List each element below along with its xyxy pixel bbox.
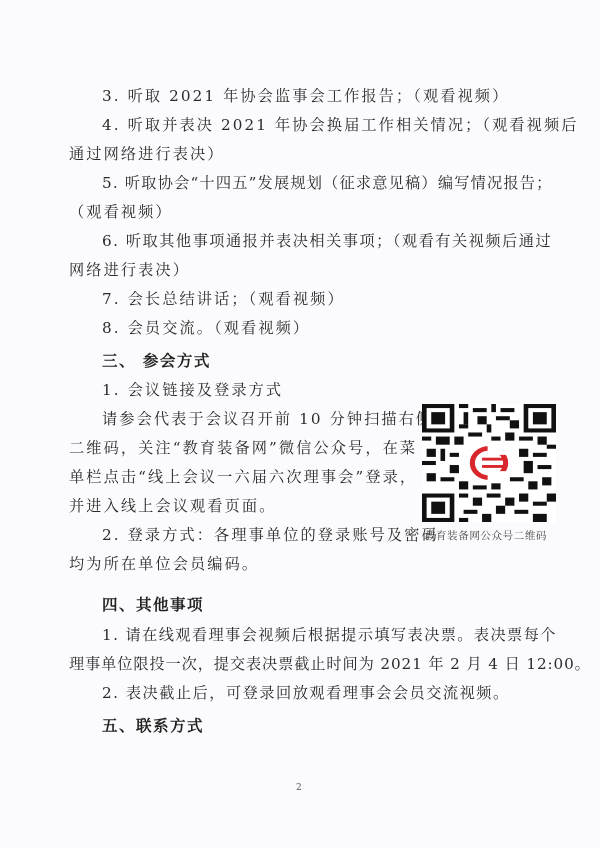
agenda-item-7: 7. 会长总结讲话；（观看视频） bbox=[102, 289, 345, 309]
qr-caption: 教育装备网公众号二维码 bbox=[414, 528, 558, 543]
agenda-item-8: 8. 会员交流。（观看视频） bbox=[102, 318, 310, 338]
qr-code-block: 教育装备网公众号二维码 bbox=[420, 404, 558, 543]
agenda-item-6: 6. 听取其他事项通报并表决相关事项；（观看有关视频后通过 bbox=[102, 231, 552, 251]
agenda-item-6-cont: 网络进行表决） bbox=[69, 260, 190, 280]
agenda-item-4: 4. 听取并表决 2021 年协会换届工作相关情况；（观看视频后 bbox=[102, 115, 579, 135]
agenda-item-3: 3. 听取 2021 年协会监事会工作报告；（观看视频） bbox=[102, 86, 509, 106]
section-3-item-1-line-2: 二维码，关注“教育装备网”微信公众号，在菜 bbox=[69, 438, 417, 458]
section-3-item-1-line-1: 请参会代表于会议召开前 10 分钟扫描右侧 bbox=[102, 409, 433, 429]
section-4-item-1-line-2: 理事单位限投一次，提交表决票截止时间为 2021 年 2 月 4 日 12:00… bbox=[69, 654, 591, 674]
section-3-item-2-line-2: 均为所在单位会员编码。 bbox=[69, 554, 259, 574]
document-page: 3. 听取 2021 年协会监事会工作报告；（观看视频） 4. 听取并表决 20… bbox=[0, 0, 600, 848]
section-5-heading: 五、联系方式 bbox=[102, 716, 204, 736]
section-3-item-2-line-1: 2. 登录方式：各理事单位的登录账号及密码 bbox=[102, 525, 439, 545]
agenda-item-5-cont: （观看视频） bbox=[69, 202, 173, 222]
section-3-heading: 三、 参会方式 bbox=[102, 351, 211, 371]
section-3-item-1-line-3: 单栏点击“线上会议一六届六次理事会”登录， bbox=[69, 467, 417, 487]
agenda-item-4-cont: 通过网络进行表决） bbox=[69, 144, 225, 164]
agenda-item-5: 5. 听取协会“十四五”发展规划（征求意见稿）编写情况报告； bbox=[102, 173, 553, 193]
section-4-item-1-line-1: 1. 请在线观看理事会视频后根据提示填写表决票。表决票每个 bbox=[102, 625, 557, 645]
section-3-item-1-line-4: 并进入线上会议观看页面。 bbox=[69, 496, 276, 516]
qr-code-image[interactable] bbox=[422, 404, 556, 522]
section-4-heading: 四、其他事项 bbox=[102, 595, 204, 615]
section-4-item-2: 2. 表决截止后，可登录回放观看理事会会员交流视频。 bbox=[102, 683, 510, 703]
section-3-item-1-title: 1. 会议链接及登录方式 bbox=[102, 380, 283, 400]
page-number: 2 bbox=[296, 783, 302, 793]
